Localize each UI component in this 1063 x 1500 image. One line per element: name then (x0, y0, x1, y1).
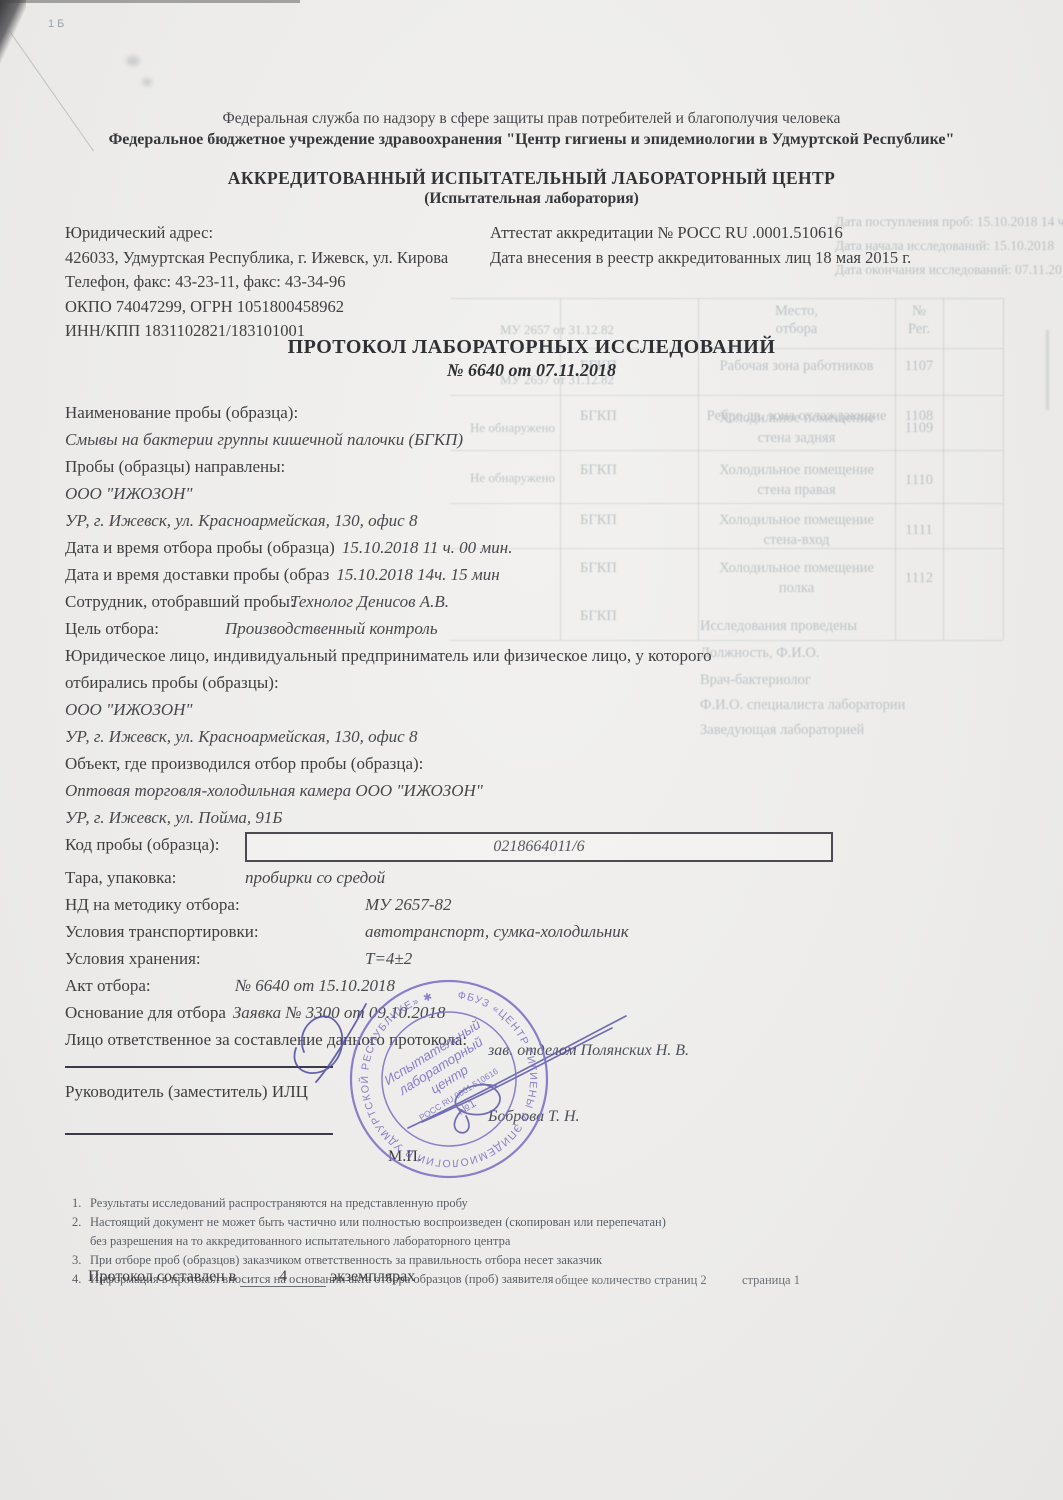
copies-count: 4 (240, 1268, 326, 1287)
field-samples-sent-label: Пробы (образцы) направлены: (65, 457, 1015, 484)
field-legal-entity-label: Юридическое лицо, индивидуальный предпри… (65, 646, 1015, 673)
field-storage-conditions: Условия хранения:Т=4±2 (65, 949, 1015, 976)
head-of-center-label: Руководитель (заместитель) ИЛЦ (65, 1082, 308, 1102)
bleed-table-gridline (450, 395, 1003, 396)
field-sample-name-label: Наименование пробы (образца): (65, 403, 1015, 430)
bleed-table-header: № (895, 303, 943, 320)
page-number-note: страница 1 (742, 1273, 800, 1288)
pencil-mark: 1 Б (48, 18, 64, 30)
okpo-ogrn-value: ОКПО 74047299, ОГРН 1051800458962 (65, 295, 448, 320)
field-transport-conditions: Условия транспортировки:автотранспорт, с… (65, 922, 1015, 949)
signature-line-responsible (65, 1066, 333, 1068)
protocol-number: № 6640 от 07.11.2018 (0, 360, 1063, 381)
footnote-item: 2.Настоящий документ не может быть части… (72, 1213, 972, 1232)
field-container: Тара, упаковка:пробирки со средой (65, 868, 1015, 895)
requisites-left: Юридический адрес: 426033, Удмуртская Ре… (65, 221, 448, 344)
field-sampler: Сотрудник, отобравший пробы:Технолог Ден… (65, 592, 1015, 619)
accreditation-certificate: Аттестат аккредитации № РОСС RU .0001.51… (490, 221, 1030, 246)
field-sample-code: Код пробы (образца): 0218664011/6 (65, 835, 1015, 862)
bleed-table-gridline (450, 298, 1003, 299)
field-sampling-purpose: Цель отбора:Производственный контроль (65, 619, 1015, 646)
copies-statement: Протокол составлен в4экземплярах (88, 1268, 415, 1287)
footnote-item: 1.Результаты исследований распространяют… (72, 1194, 972, 1213)
scan-smudge (126, 56, 140, 66)
address-label: Юридический адрес: (65, 221, 448, 246)
phone-value: Телефон, факс: 43-23-11, факс: 43-34-96 (65, 270, 448, 295)
document-page: Дата поступления проб: 15.10.2018 14 ч. … (0, 0, 1063, 1500)
field-sampling-datetime: Дата и время отбора пробы (образца)15.10… (65, 538, 1015, 565)
official-round-stamp: ФБУЗ «ЦЕНТР ГИГИЕНЫ И ЭПИДЕМИОЛОГИИ В УД… (336, 966, 562, 1192)
field-sampling-method: НД на методику отбора:МУ 2657-82 (65, 895, 1015, 922)
field-legal-entity-address: УР, г. Ижевск, ул. Красноармейская, 130,… (65, 727, 1015, 754)
total-pages-note: общее количество страниц 2 (555, 1273, 707, 1288)
protocol-title: ПРОТОКОЛ ЛАБОРАТОРНЫХ ИССЛЕДОВАНИЙ (0, 336, 1063, 359)
requisites-right: Аттестат аккредитации № РОСС RU .0001.51… (490, 221, 1030, 270)
field-object-value: Оптовая торговля-холодильная камера ООО … (65, 781, 1015, 808)
scan-corner-shadow (0, 0, 26, 86)
center-subtitle: (Испытательная лаборатория) (0, 190, 1063, 208)
field-object-label: Объект, где производился отбор пробы (об… (65, 754, 1015, 781)
field-delivery-datetime: Дата и время доставки пробы (образ15.10.… (65, 565, 1015, 592)
field-client-name: ООО "ИЖОЗОН" (65, 484, 1015, 511)
stamp-center-text: Испытательный лабораторный центр РОСС RU… (382, 1016, 518, 1142)
field-legal-entity-name: ООО "ИЖОЗОН" (65, 700, 1015, 727)
institution-name: Федеральное бюджетное учреждение здравоо… (0, 131, 1063, 149)
field-object-address: УР, г. Ижевск, ул. Пойма, 91Б (65, 808, 1015, 835)
sample-code-box: 0218664011/6 (245, 832, 833, 862)
center-title: АККРЕДИТОВАННЫЙ ИСПЫТАТЕЛЬНЫЙ ЛАБОРАТОРН… (0, 168, 1063, 189)
registry-date: Дата внесения в реестр аккредитованных л… (490, 246, 1030, 271)
scan-smudge (142, 78, 152, 86)
bleed-table-header: Место, (698, 303, 895, 320)
field-legal-entity-label2: отбирались пробы (образцы): (65, 673, 1015, 700)
field-client-address: УР, г. Ижевск, ул. Красноармейская, 130,… (65, 511, 1015, 538)
address-value: 426033, Удмуртская Республика, г. Ижевск… (65, 246, 448, 271)
signature-line-head (65, 1133, 333, 1135)
agency-name: Федеральная служба по надзору в сфере за… (0, 110, 1063, 128)
footnote-item-continuation: без разрешения на то аккредитованного ис… (72, 1232, 972, 1251)
scan-top-edge (0, 0, 300, 3)
field-sample-name-value: Смывы на бактерии группы кишечной палочк… (65, 430, 1015, 457)
